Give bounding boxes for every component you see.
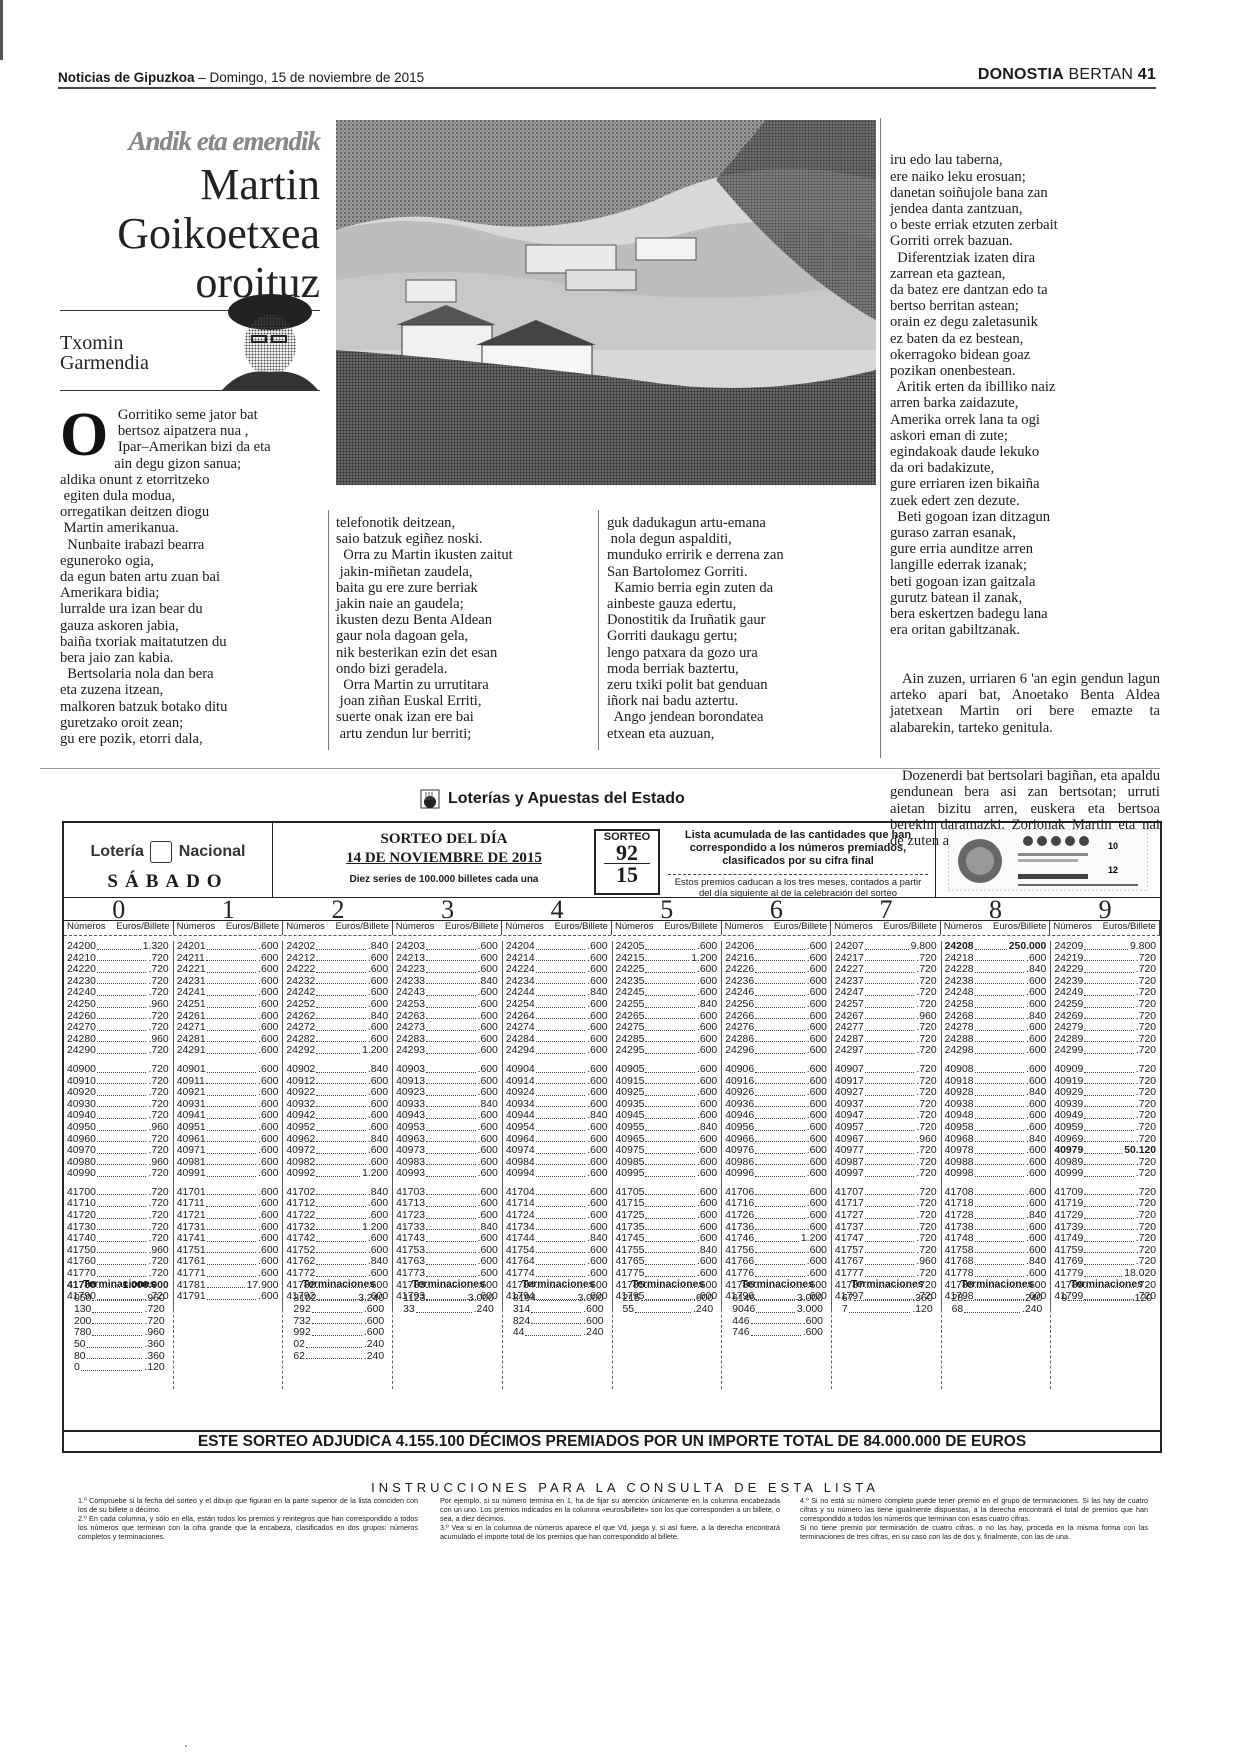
prize-amount: .720 [1136,1076,1156,1088]
prize-amount: .600 [587,1256,607,1268]
ticket-number: 40916 [725,1076,754,1088]
column-header-pair: NúmerosEuros/Billete [64,921,174,935]
ticket-number: 24241 [177,987,206,999]
result-row: 40955.840 [616,1122,718,1134]
prize-amount: .600 [1026,976,1046,988]
prize-amount: .600 [368,1268,388,1280]
section-sub: BERTAN [1064,66,1138,83]
column-rule [598,510,599,750]
prize-amount: .600 [587,1157,607,1169]
dot-leader [975,999,1025,1008]
dot-leader [1084,1022,1134,1031]
final-digit: 4 [502,898,612,920]
ticket-number: 41765 [616,1256,645,1268]
result-row: 24219.720 [1054,953,1156,965]
terminacion-row: 0.120 [74,1362,165,1374]
result-row: 24224.600 [506,964,608,976]
prize-amount: .720 [1136,1099,1156,1111]
prize-amount: .600 [258,1076,278,1088]
column-header-pair: NúmerosEuros/Billete [1050,921,1160,935]
result-row: 41749.720 [1054,1233,1156,1245]
ticket-number: 40979 [1054,1145,1083,1157]
result-row: 40988.600 [945,1157,1047,1169]
result-row: 24239.720 [1054,976,1156,988]
prize-amount: .600 [697,1187,717,1199]
ticket-number: 41708 [945,1187,974,1199]
scan-speck [185,1745,187,1747]
prize-amount: .600 [478,1064,498,1076]
ticket-number: 40911 [177,1076,205,1088]
ending-number: 28 [952,1293,964,1305]
dot-leader [316,1157,366,1166]
ticket-number: 41717 [835,1198,864,1210]
loteria-nacional-brand: Lotería Nacional SÁBADO [64,823,273,897]
result-row: 24253.600 [396,999,498,1011]
prize-amount: 50.120 [1124,1145,1156,1157]
ticket-number: 41770 [67,1268,96,1280]
terminaciones-column: Terminaciones81943.000314.600824.60044.2… [503,1279,613,1389]
result-row: 24217.720 [835,953,937,965]
draw-info: SORTEO DEL DÍA 14 DE NOVIEMBRE DE 2015 D… [274,823,614,897]
ticket-number: 40936 [725,1099,754,1111]
final-digit: 8 [941,898,1051,920]
ticket-number: 41705 [616,1187,645,1199]
dot-leader [426,1087,476,1096]
prize-amount: .840 [587,1233,607,1245]
prize-amount: .960 [144,1293,164,1305]
terminacion-row: 292.600 [293,1304,384,1316]
ticket-number: 24288 [945,1034,974,1046]
dot-leader [975,941,1007,950]
result-row: 24244.840 [506,987,608,999]
terminaciones-column: Terminaciones11233.00033.240 [393,1279,503,1389]
result-row: 40900.720 [67,1064,169,1076]
prize-amount: 1.200 [691,953,717,965]
result-row: 24289.720 [1054,1034,1156,1046]
dot-leader [207,1168,257,1177]
dot-leader [312,1327,362,1336]
prize-amount: .720 [916,976,936,988]
result-row: 41761.600 [177,1256,279,1268]
prize-amount: .360 [144,1351,164,1363]
author-portrait [212,290,320,390]
result-row: 24272.600 [286,1022,388,1034]
result-row: 40902.840 [286,1064,388,1076]
ticket-number: 24277 [835,1022,864,1034]
dot-leader [1084,1256,1134,1265]
dot-leader [536,999,586,1008]
prize-amount: .840 [697,999,717,1011]
prize-amount: .600 [587,1034,607,1046]
prize-amount: .600 [368,1233,388,1245]
prize-amount: 1.200 [362,1168,388,1180]
terminacion-row: 11233.000 [403,1293,494,1305]
dot-leader [1084,1233,1134,1242]
number-block: 40907.72040917.72040927.72040937.7204094… [835,1064,937,1180]
ticket-number: 24249 [1054,987,1083,999]
ticket-number: 40931 [177,1099,206,1111]
dot-leader [207,987,257,996]
dot-leader [645,1110,695,1119]
ticket-number: 41773 [396,1268,425,1280]
prize-amount: .600 [258,1233,278,1245]
result-row: 409921.200 [286,1168,388,1180]
result-row: 41705.600 [616,1187,718,1199]
terminaciones-header: Terminaciones [842,1279,933,1291]
dot-leader [416,1304,472,1313]
dot-leader [97,1168,147,1177]
ticket-number: 41744 [506,1233,535,1245]
ticket-number: 24290 [67,1045,96,1057]
ticket-number: 41715 [616,1198,645,1210]
ticket-number: 24270 [67,1022,96,1034]
result-row: 24270.720 [67,1022,169,1034]
terminaciones-section: Terminaciones050.960130.720200.720780.96… [64,1279,1160,1389]
number-block: 24202.84024212.60024222.60024232.6002424… [286,941,388,1057]
prize-amount: .600 [258,1157,278,1169]
ticket-number: 24251 [177,999,206,1011]
result-row: 40973.600 [396,1145,498,1157]
result-row: 40984.600 [506,1157,608,1169]
dot-leader [97,1268,147,1277]
result-row: 41760.720 [67,1256,169,1268]
instructions-block: Por ejemplo, si su número termina en 1, … [440,1496,780,1541]
prize-amount: .600 [587,1087,607,1099]
prize-amount: .600 [807,1168,827,1180]
prize-amount: .600 [807,1076,827,1088]
prize-amount: .840 [478,1099,498,1111]
prize-amount: .720 [1136,1122,1156,1134]
result-row: 24286.600 [725,1034,827,1046]
number-block: 40900.72040910.72040920.72040930.7204094… [67,1064,169,1180]
ticket-number: 40947 [835,1110,864,1122]
dot-leader [206,953,256,962]
result-row: 24269.720 [1054,1011,1156,1023]
prize-amount: .600 [478,1076,498,1088]
dot-leader [1084,941,1128,950]
prize-amount: .600 [697,1110,717,1122]
result-row: 24255.840 [616,999,718,1011]
dot-leader [865,1256,915,1265]
ticket-number: 24263 [396,1011,425,1023]
header-numeros: Números [505,921,544,935]
dot-leader [207,1233,257,1242]
prize-amount: .720 [1136,1210,1156,1222]
dot-leader [316,1099,366,1108]
result-row: 4097950.120 [1054,1145,1156,1157]
ticket-number: 41734 [506,1222,535,1234]
result-row: 41711.600 [177,1198,279,1210]
terminacion-row: 050.960 [74,1293,165,1305]
result-row: 41715.600 [616,1198,718,1210]
result-row: 41767.960 [835,1256,937,1268]
result-row: 40906.600 [725,1064,827,1076]
dot-leader [536,1076,586,1085]
prize-amount: .720 [1136,1011,1156,1023]
svg-text:10: 10 [1108,841,1118,851]
dot-leader [865,1011,915,1020]
dot-leader [316,1122,366,1131]
dot-leader [1084,1145,1122,1154]
result-row: 24287.720 [835,1034,937,1046]
ticket-number: 24227 [835,964,864,976]
prize-amount: .600 [587,1122,607,1134]
result-row: 40939.720 [1054,1099,1156,1111]
result-row: 24220.720 [67,964,169,976]
ending-number: 780 [74,1327,91,1339]
prize-amount: .720 [148,1145,168,1157]
ticket-number: 40932 [286,1099,315,1111]
prize-amount: .720 [1136,964,1156,976]
prize-amount: .600 [587,1222,607,1234]
ticket-number: 40921 [177,1087,206,1099]
final-digit: 2 [283,898,393,920]
ticket-number: 24246 [725,987,754,999]
result-row: 24210.720 [67,953,169,965]
result-row: 40915.600 [616,1076,718,1088]
dot-leader [97,1145,147,1154]
dot-leader [641,1293,691,1302]
prize-amount: .600 [1026,1034,1046,1046]
ticket-number: 40935 [616,1099,645,1111]
dot-leader [975,1022,1025,1031]
result-row: 40933.840 [396,1099,498,1111]
result-row: 40951.600 [177,1122,279,1134]
ticket-number: 41767 [835,1256,864,1268]
ticket-number: 40950 [67,1122,96,1134]
ticket-number: 40940 [67,1110,96,1122]
prize-amount: .720 [916,1045,936,1057]
prize-amount: .600 [1026,1099,1046,1111]
result-row: 41774.600 [506,1268,608,1280]
dot-leader [536,1222,586,1231]
dot-leader [316,1210,366,1219]
dot-leader [92,1304,142,1313]
dot-leader [316,1087,366,1096]
ticket-number: 24215 [616,953,645,965]
dot-leader [316,1076,366,1085]
ticket-number: 24240 [67,987,96,999]
prize-amount: .720 [1136,1222,1156,1234]
ticket-number: 24205 [616,941,645,953]
dot-leader [645,1157,695,1166]
ticket-number: 24271 [177,1022,206,1034]
results-column: 242079.80024217.72024227.72024237.720242… [832,941,942,1310]
dot-leader [865,1110,915,1119]
ticket-number: 41757 [835,1245,864,1257]
result-row: 40913.600 [396,1076,498,1088]
result-row: 24242.600 [286,987,388,999]
dot-leader [316,1222,360,1231]
prize-amount: .600 [258,1122,278,1134]
dot-leader [755,1022,805,1031]
number-block: 24208250.00024218.60024228.84024238.6002… [945,941,1047,1057]
prize-amount: .600 [583,1316,603,1328]
prize-amount: .720 [1136,1245,1156,1257]
dot-leader [975,1087,1025,1096]
prize-amount: .600 [258,1064,278,1076]
ticket-number: 24219 [1054,953,1083,965]
prize-amount: .600 [364,1327,384,1339]
dot-leader [426,999,476,1008]
ticket-number: 41742 [286,1233,315,1245]
prize-amount: .600 [697,1076,717,1088]
dot-leader [97,1110,147,1119]
result-row: 242079.800 [835,941,937,953]
prize-amount: .840 [368,941,388,953]
ticket-number: 41702 [286,1187,315,1199]
results-column: 24204.60024214.60024224.60024234.6002424… [503,941,613,1310]
dot-leader [426,1022,476,1031]
dateline: – Domingo, 15 de noviembre de 2015 [195,70,425,85]
ticket-number: 41758 [945,1245,974,1257]
result-row: 40941.600 [177,1110,279,1122]
result-row: 417321.200 [286,1222,388,1234]
result-row: 24279.720 [1054,1022,1156,1034]
dot-leader [1084,1222,1134,1231]
dot-leader [426,1122,476,1131]
dot-leader [645,1034,695,1043]
prize-amount: .600 [1026,1245,1046,1257]
dot-leader [645,976,695,985]
result-row: 24290.720 [67,1045,169,1057]
dot-leader [975,1222,1025,1231]
dot-leader [525,1327,581,1336]
result-row: 41750.960 [67,1245,169,1257]
dot-leader [975,964,1025,973]
prize-amount: .600 [478,1157,498,1169]
number-block: 40905.60040915.60040925.60040935.6004094… [616,1064,718,1180]
dot-leader [536,1087,586,1096]
title-line: Martin [110,160,320,209]
result-row: 41736.600 [725,1222,827,1234]
result-row: 41714.600 [506,1198,608,1210]
ticket-number: 24231 [177,976,206,988]
ending-number: 8194 [513,1293,536,1305]
ticket-number: 40989 [1054,1157,1083,1169]
result-row: 24258.600 [945,999,1047,1011]
prize-amount: .600 [697,1134,717,1146]
prize-amount: .600 [803,1327,823,1339]
prize-amount: .720 [148,1064,168,1076]
ticket-number: 24220 [67,964,96,976]
dot-leader [755,1210,805,1219]
result-row: 24299.720 [1054,1045,1156,1057]
ticket-number: 40963 [396,1134,425,1146]
ticket-number: 40938 [945,1099,974,1111]
result-row: 24278.600 [945,1022,1047,1034]
dot-leader [975,1157,1025,1166]
result-row: 40920.720 [67,1087,169,1099]
ticket-number: 24284 [506,1034,535,1046]
result-row: 24267.960 [835,1011,937,1023]
prize-amount: .600 [807,1198,827,1210]
result-row: 41773.600 [396,1268,498,1280]
prize-amount: .720 [148,1222,168,1234]
dot-leader [207,1034,257,1043]
ticket-number: 40985 [616,1157,645,1169]
header-euros: Euros/Billete [226,921,279,935]
prize-amount: .600 [807,1134,827,1146]
prize-amount: .600 [807,941,827,953]
ticket-number: 24266 [725,1011,754,1023]
final-digit: 6 [722,898,832,920]
prize-amount: .600 [587,1245,607,1257]
result-row: 40990.720 [67,1168,169,1180]
result-row: 41765.600 [616,1256,718,1268]
dot-leader [975,1245,1025,1254]
prize-amount: .600 [587,1198,607,1210]
result-row: 40934.600 [506,1099,608,1111]
dot-leader [207,1256,257,1265]
prize-amount: .720 [148,1187,168,1199]
prize-amount: .600 [1026,1233,1046,1245]
prize-amount: .840 [1026,1210,1046,1222]
ticket-number: 24213 [396,953,425,965]
terminacion-row: 02.240 [293,1339,384,1351]
dot-leader [1084,1268,1122,1277]
dot-leader [1084,1099,1134,1108]
prize-amount: .720 [148,1268,168,1280]
prize-amount: .600 [697,1268,717,1280]
ticket-number: 24296 [725,1045,754,1057]
ticket-number: 24253 [396,999,425,1011]
prize-amount: .600 [368,953,388,965]
ticket-number: 24262 [286,1011,315,1023]
result-row: 41742.600 [286,1233,388,1245]
dot-leader [207,1187,257,1196]
prize-amount: .600 [478,941,498,953]
dot-leader [97,1198,147,1207]
terminacion-row: 81943.000 [513,1293,604,1305]
dot-leader [865,1064,915,1073]
result-row: 40912.600 [286,1076,388,1088]
dot-leader [316,1145,366,1154]
ticket-number: 41709 [1054,1187,1083,1199]
result-row: 417461.200 [725,1233,827,1245]
ticket-number: 24234 [506,976,535,988]
ticket-number: 40983 [396,1157,425,1169]
header-numeros: Números [615,921,654,935]
number-block: 24201.60024211.60024221.60024231.6002424… [177,941,279,1057]
dot-leader [97,1210,147,1219]
ticket-number: 24214 [506,953,535,965]
number-block: 242079.80024217.72024227.72024237.720242… [835,941,937,1057]
header-numeros: Números [1053,921,1092,935]
ticket-image: 10 12 [935,823,1161,897]
prize-amount: .720 [1136,1168,1156,1180]
prize-amount: .600 [368,964,388,976]
ticket-number: 40996 [725,1168,754,1180]
dot-leader [426,1293,465,1302]
result-row: 41716.600 [725,1198,827,1210]
prize-amount: .960 [916,1134,936,1146]
header-euros: Euros/Billete [664,921,717,935]
ticket-number: 40970 [67,1145,96,1157]
dot-leader [207,964,257,973]
dot-leader [1084,1045,1134,1054]
ticket-number: 24244 [506,987,535,999]
prize-amount: .600 [697,1145,717,1157]
prize-amount: .720 [916,1168,936,1180]
terminaciones-column: Terminaciones9.120 [1051,1279,1160,1389]
ticket-number: 24202 [286,941,315,953]
prize-amount: .600 [478,1233,498,1245]
result-row: 41722.600 [286,1210,388,1222]
prize-amount: .600 [807,987,827,999]
result-row: 40914.600 [506,1076,608,1088]
result-row: 41718.600 [945,1198,1047,1210]
